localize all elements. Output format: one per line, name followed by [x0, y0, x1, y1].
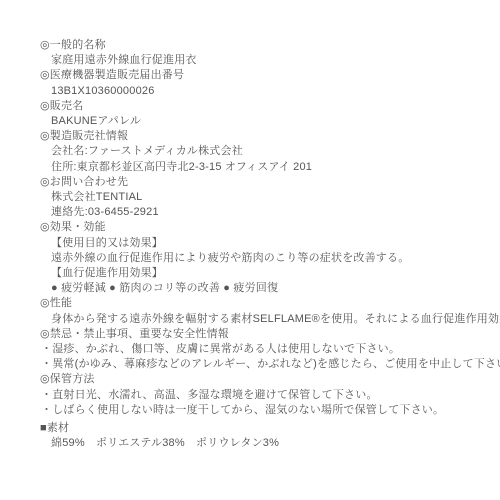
section-heading-storage: ◎保管方法 [40, 372, 492, 387]
material-composition-line: 綿59% ポリエステル38% ポリウレタン3% [51, 436, 492, 451]
effects-purpose-label: 【使用目的又は効果】 [51, 236, 492, 251]
section-heading-material: ■素材 [40, 421, 492, 436]
storage-item-2: ・しばらく使用しない時は一度干してから、湿気のない場所で保管して下さい。 [41, 403, 492, 418]
section-heading-product-name: ◎販売名 [40, 99, 492, 114]
product-info-document: ◎一般的名称 家庭用遠赤外線血行促進用衣 ◎医療機器製造販売届出番号 13B1X… [40, 38, 492, 451]
effects-circulation-label: 【血行促進作用効果】 [51, 266, 492, 281]
manufacturer-address-line: 住所:東京都杉並区高円寺北2-3-15 オフィスアイ 201 [51, 160, 492, 175]
section-heading-manufacturer-info: ◎製造販売社情報 [40, 129, 492, 144]
product-name-value: BAKUNEアパレル [51, 114, 492, 129]
contact-phone-line: 連絡先:03-6455-2921 [51, 205, 492, 220]
notification-number-value: 13B1X10360000026 [51, 84, 492, 99]
performance-text: 身体から発する遠赤外線を輻射する素材SELFLAME®を使用。それによる血行促進… [51, 312, 492, 327]
storage-item-1: ・直射日光、水濡れ、高温、多湿な環境を避けて保管して下さい。 [41, 388, 492, 403]
effects-bullet-list-line: ● 疲労軽減 ● 筋肉のコリ等の改善 ● 疲労回復 [51, 281, 492, 296]
contact-company-line: 株式会社TENTIAL [51, 190, 492, 205]
generic-name-value: 家庭用遠赤外線血行促進用衣 [51, 53, 492, 68]
manufacturer-company-line: 会社名:ファーストメディカル株式会社 [51, 144, 492, 159]
section-heading-generic-name: ◎一般的名称 [40, 38, 492, 53]
contraindication-item-1: ・湿疹、かぶれ、傷口等、皮膚に異常がある人は使用しないで下さい。 [41, 342, 492, 357]
section-heading-effects: ◎効果・効能 [40, 220, 492, 235]
section-heading-contact: ◎お問い合わせ先 [40, 175, 492, 190]
section-heading-notification-number: ◎医療機器製造販売届出番号 [40, 68, 492, 83]
section-heading-contraindications: ◎禁忌・禁止事項、重要な安全性情報 [40, 327, 492, 342]
effects-purpose-text: 遠赤外線の血行促進作用により疲労や筋肉のこり等の症状を改善する。 [51, 251, 492, 266]
contraindication-item-2: ・異常(かゆみ、蕁麻疹などのアレルギー、かぶれなど)を感じたら、ご使用を中止して… [41, 357, 492, 372]
product-info-page: ◎一般的名称 家庭用遠赤外線血行促進用衣 ◎医療機器製造販売届出番号 13B1X… [0, 0, 500, 500]
section-heading-performance: ◎性能 [40, 296, 492, 311]
